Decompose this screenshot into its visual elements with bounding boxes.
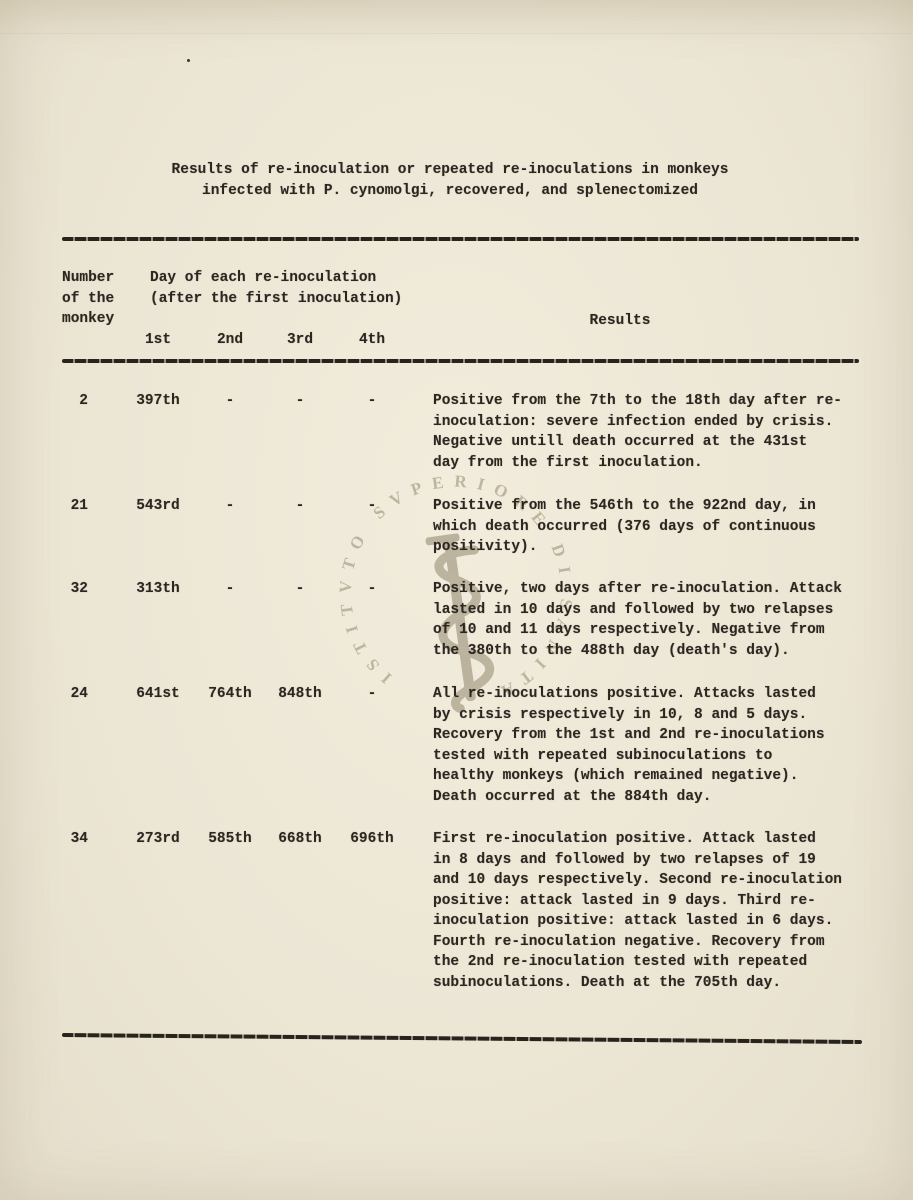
day-2-cell: 764th bbox=[202, 684, 258, 705]
result-cell: Positive from the 7th to the 18th day af… bbox=[433, 391, 869, 473]
monkey-number-cell: 21 bbox=[55, 496, 88, 517]
monkey-number-cell: 32 bbox=[55, 579, 88, 600]
table-header-rule bbox=[62, 359, 859, 363]
day-3-cell: 668th bbox=[272, 829, 328, 850]
column-header-4th: 4th bbox=[344, 330, 400, 351]
paper-crease bbox=[0, 33, 913, 35]
day-1-cell: 313th bbox=[130, 579, 186, 600]
monkey-number-cell: 34 bbox=[55, 829, 88, 850]
document-title: Results of re-inoculation or repeated re… bbox=[120, 160, 780, 202]
day-1-cell: 397th bbox=[130, 391, 186, 412]
day-4-cell: - bbox=[344, 496, 400, 517]
day-1-cell: 543rd bbox=[130, 496, 186, 517]
monkey-number-cell: 24 bbox=[55, 684, 88, 705]
scanned-document-page: ISTITVTO SVPERIORE DI SANITA Results of … bbox=[0, 0, 913, 1200]
day-3-cell: - bbox=[272, 496, 328, 517]
day-2-cell: - bbox=[202, 579, 258, 600]
day-3-cell: - bbox=[272, 391, 328, 412]
column-header-day-group: Day of each re-inoculation (after the fi… bbox=[150, 268, 402, 309]
day-1-cell: 273rd bbox=[130, 829, 186, 850]
column-header-2nd: 2nd bbox=[202, 330, 258, 351]
day-4-cell: - bbox=[344, 391, 400, 412]
column-header-3rd: 3rd bbox=[272, 330, 328, 351]
day-4-cell: 696th bbox=[344, 829, 400, 850]
day-2-cell: - bbox=[202, 496, 258, 517]
column-header-results: Results bbox=[520, 311, 720, 332]
day-group-line-2: (after the first inoculation) bbox=[150, 289, 402, 310]
title-line-2: infected with P. cynomolgi, recovered, a… bbox=[120, 181, 780, 202]
result-cell: First re-inoculation positive. Attack la… bbox=[433, 829, 869, 993]
day-4-cell: - bbox=[344, 579, 400, 600]
day-2-cell: 585th bbox=[202, 829, 258, 850]
day-3-cell: - bbox=[272, 579, 328, 600]
column-header-1st: 1st bbox=[130, 330, 186, 351]
column-header-monkey-number: Number of the monkey bbox=[62, 268, 114, 330]
table-top-rule bbox=[62, 237, 859, 241]
day-2-cell: - bbox=[202, 391, 258, 412]
result-cell: Positive, two days after re-inoculation.… bbox=[433, 579, 869, 661]
result-cell: All re-inoculations positive. Attacks la… bbox=[433, 684, 869, 807]
monkey-number-cell: 2 bbox=[55, 391, 88, 412]
day-1-cell: 641st bbox=[130, 684, 186, 705]
table-bottom-rule bbox=[62, 1033, 862, 1044]
paper-speck bbox=[187, 59, 190, 62]
day-3-cell: 848th bbox=[272, 684, 328, 705]
day-group-line-1: Day of each re-inoculation bbox=[150, 268, 402, 289]
result-cell: Positive from the 546th to the 922nd day… bbox=[433, 496, 869, 558]
title-line-1: Results of re-inoculation or repeated re… bbox=[120, 160, 780, 181]
day-4-cell: - bbox=[344, 684, 400, 705]
